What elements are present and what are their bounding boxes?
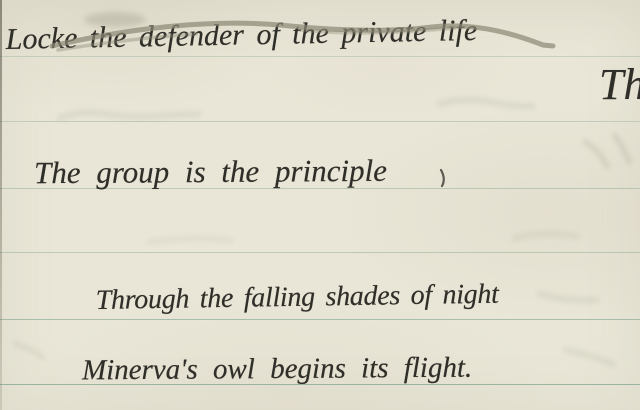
handwritten-line-couplet-2: Minerva's owl begins its flight.: [82, 354, 472, 386]
pencil-strikethrough: [0, 0, 640, 410]
scan-left-edge: [0, 0, 2, 410]
handwritten-line-couplet-1: Through the falling shades of night: [96, 281, 499, 315]
ruled-line: [0, 252, 640, 253]
notebook-page: Locke the defender of the private life T…: [0, 0, 640, 410]
stray-ink-mark: [441, 170, 444, 186]
handwritten-margin-word-clipped: Th: [599, 63, 640, 107]
ruled-line: [0, 319, 640, 320]
handwritten-line-crossed-out: Locke the defender of the private life: [5, 16, 477, 55]
handwritten-line-group-principle: The group is the principle: [34, 155, 387, 188]
ruled-line: [0, 121, 640, 122]
ink-showthrough-marks: [0, 0, 640, 410]
ruled-line: [0, 56, 640, 57]
